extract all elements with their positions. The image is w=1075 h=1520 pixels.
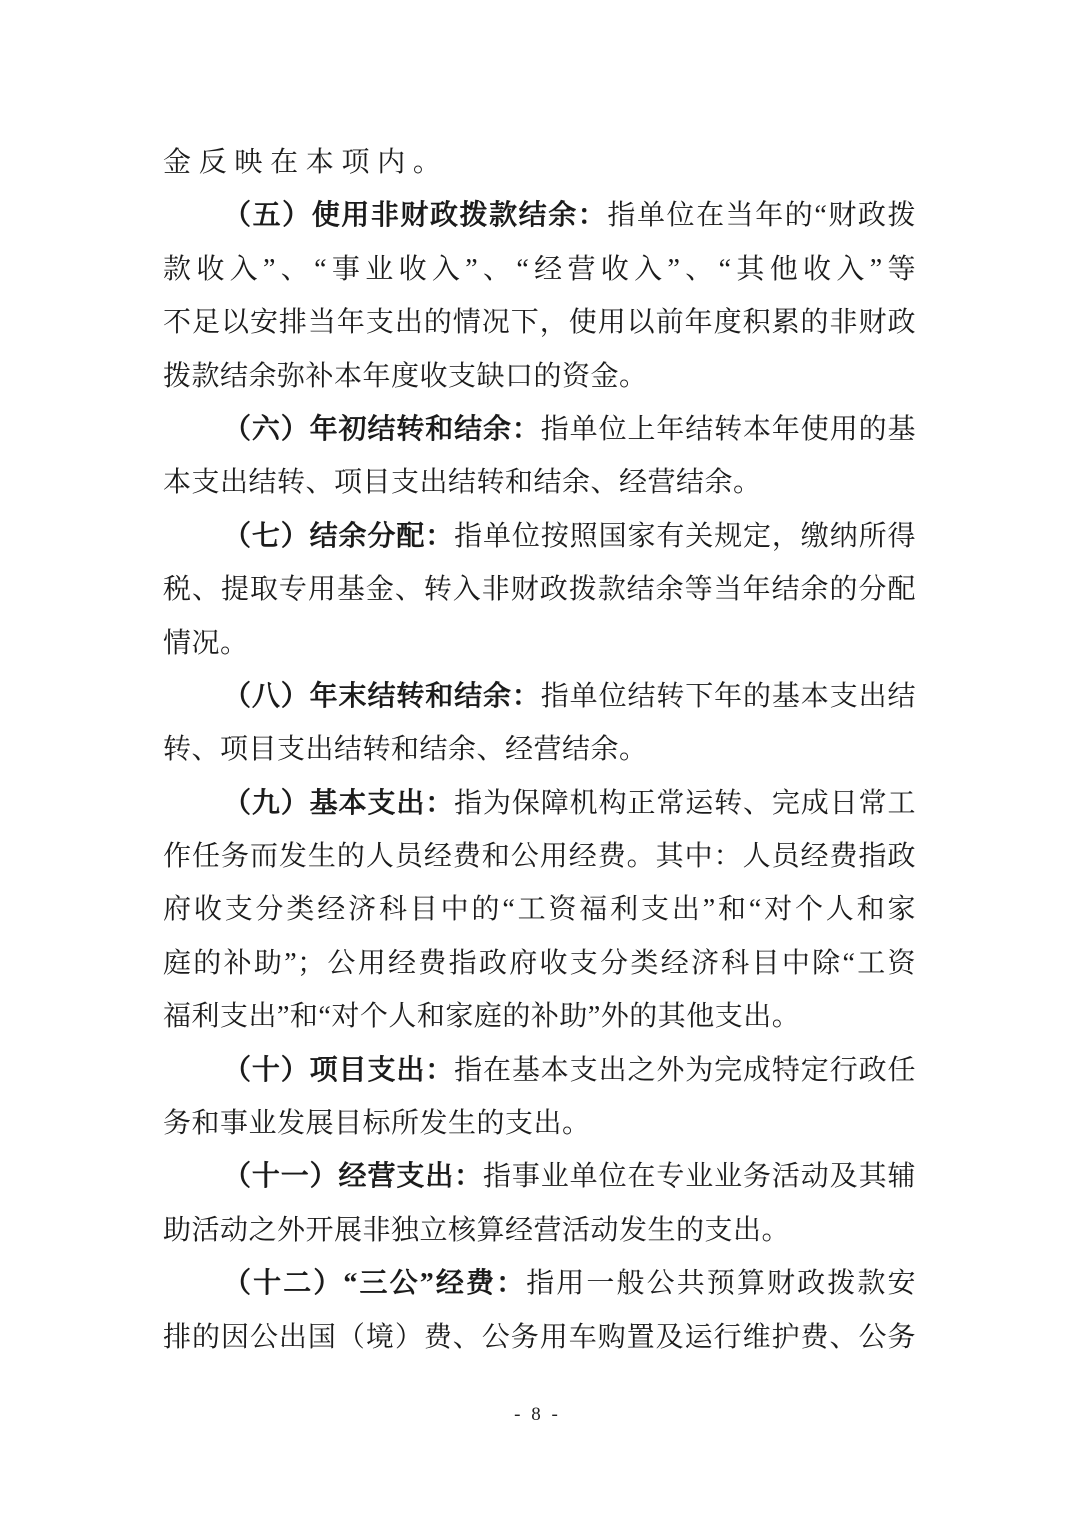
- line-text: 指单位结转下年的基本支出结: [541, 681, 916, 712]
- text-line: 排的因公出国（境）费、公务用车购置及运行维护费、公务: [163, 1311, 916, 1364]
- line-text: 指事业单位在专业业务活动及其辅: [483, 1161, 916, 1192]
- text-line: 务和事业发展目标所发生的支出。: [163, 1097, 916, 1150]
- text-line: （十一）经营支出：指事业单位在专业业务活动及其辅: [163, 1150, 916, 1203]
- line-text: 庭的补助”；公用经费指政府收支分类经济科目中除“工资: [163, 948, 916, 979]
- text-line: 拨款结余弥补本年度收支缺口的资金。: [163, 350, 916, 403]
- text-block: 金反映在本项内。 （五）使用非财政拨款结余：指单位在当年的“财政拨 款收入”、“…: [163, 136, 916, 1364]
- line-text: 转、项目支出结转和结余、经营结余。: [163, 734, 648, 765]
- text-line: 金反映在本项内。: [163, 136, 916, 189]
- line-text: 款收入”、“事业收入”、“经营收入”、“其他收入”等: [163, 254, 916, 285]
- text-line: 转、项目支出结转和结余、经营结余。: [163, 723, 916, 776]
- line-text: 助活动之外开展非独立核算经营活动发生的支出。: [163, 1215, 790, 1246]
- text-line: 情况。: [163, 617, 916, 670]
- page-number: - 8 -: [0, 1404, 1075, 1426]
- line-text: 不足以安排当年支出的情况下，使用以前年度积累的非财政: [163, 307, 916, 338]
- text-line: （五）使用非财政拨款结余：指单位在当年的“财政拨: [163, 189, 916, 242]
- document-page: 金反映在本项内。 （五）使用非财政拨款结余：指单位在当年的“财政拨 款收入”、“…: [0, 0, 1075, 1520]
- paragraph-lead: （六）年初结转和结余：: [223, 414, 541, 445]
- text-line: （十）项目支出：指在基本支出之外为完成特定行政任: [163, 1044, 916, 1097]
- line-text: 金反映在本项内。: [163, 147, 449, 178]
- text-line: （八）年末结转和结余：指单位结转下年的基本支出结: [163, 670, 916, 723]
- text-line: 作任务而发生的人员经费和公用经费。其中：人员经费指政: [163, 830, 916, 883]
- text-line: 不足以安排当年支出的情况下，使用以前年度积累的非财政: [163, 296, 916, 349]
- line-text: 拨款结余弥补本年度收支缺口的资金。: [163, 361, 648, 392]
- paragraph-lead: （八）年末结转和结余：: [223, 681, 541, 712]
- paragraph-lead: （五）使用非财政拨款结余：: [223, 200, 607, 231]
- text-line: 府收支分类经济科目中的“工资福利支出”和“对个人和家: [163, 883, 916, 936]
- line-text: 指在基本支出之外为完成特定行政任: [454, 1055, 916, 1086]
- text-line: 福利支出”和“对个人和家庭的补助”外的其他支出。: [163, 990, 916, 1043]
- paragraph-lead: （十二）“三公”经费：: [223, 1268, 526, 1299]
- paragraph-lead: （九）基本支出：: [223, 788, 454, 819]
- text-line: 款收入”、“事业收入”、“经营收入”、“其他收入”等: [163, 243, 916, 296]
- text-line: （六）年初结转和结余：指单位上年结转本年使用的基: [163, 403, 916, 456]
- line-text: 指单位上年结转本年使用的基: [541, 414, 916, 445]
- paragraph-lead: （十）项目支出：: [223, 1055, 454, 1086]
- line-text: 福利支出”和“对个人和家庭的补助”外的其他支出。: [163, 1001, 800, 1032]
- line-text: 情况。: [163, 628, 249, 659]
- paragraph-lead: （十一）经营支出：: [223, 1161, 483, 1192]
- line-text: 税、提取专用基金、转入非财政拨款结余等当年结余的分配: [163, 574, 916, 605]
- line-text: 府收支分类经济科目中的“工资福利支出”和“对个人和家: [163, 894, 916, 925]
- line-text: 务和事业发展目标所发生的支出。: [163, 1108, 591, 1139]
- line-text: 指单位在当年的“财政拨: [607, 200, 916, 231]
- line-text: 本支出结转、项目支出结转和结余、经营结余。: [163, 467, 762, 498]
- line-text: 指为保障机构正常运转、完成日常工: [454, 788, 916, 819]
- text-line: 本支出结转、项目支出结转和结余、经营结余。: [163, 456, 916, 509]
- line-text: 排的因公出国（境）费、公务用车购置及运行维护费、公务: [163, 1322, 916, 1353]
- text-line: 税、提取专用基金、转入非财政拨款结余等当年结余的分配: [163, 563, 916, 616]
- text-line: 庭的补助”；公用经费指政府收支分类经济科目中除“工资: [163, 937, 916, 990]
- text-line: 助活动之外开展非独立核算经营活动发生的支出。: [163, 1204, 916, 1257]
- text-line: （七）结余分配：指单位按照国家有关规定，缴纳所得: [163, 510, 916, 563]
- line-text: 作任务而发生的人员经费和公用经费。其中：人员经费指政: [163, 841, 916, 872]
- text-line: （九）基本支出：指为保障机构正常运转、完成日常工: [163, 777, 916, 830]
- line-text: 指用一般公共预算财政拨款安: [526, 1268, 916, 1299]
- paragraph-lead: （七）结余分配：: [223, 521, 454, 552]
- line-text: 指单位按照国家有关规定，缴纳所得: [454, 521, 916, 552]
- text-line: （十二）“三公”经费：指用一般公共预算财政拨款安: [163, 1257, 916, 1310]
